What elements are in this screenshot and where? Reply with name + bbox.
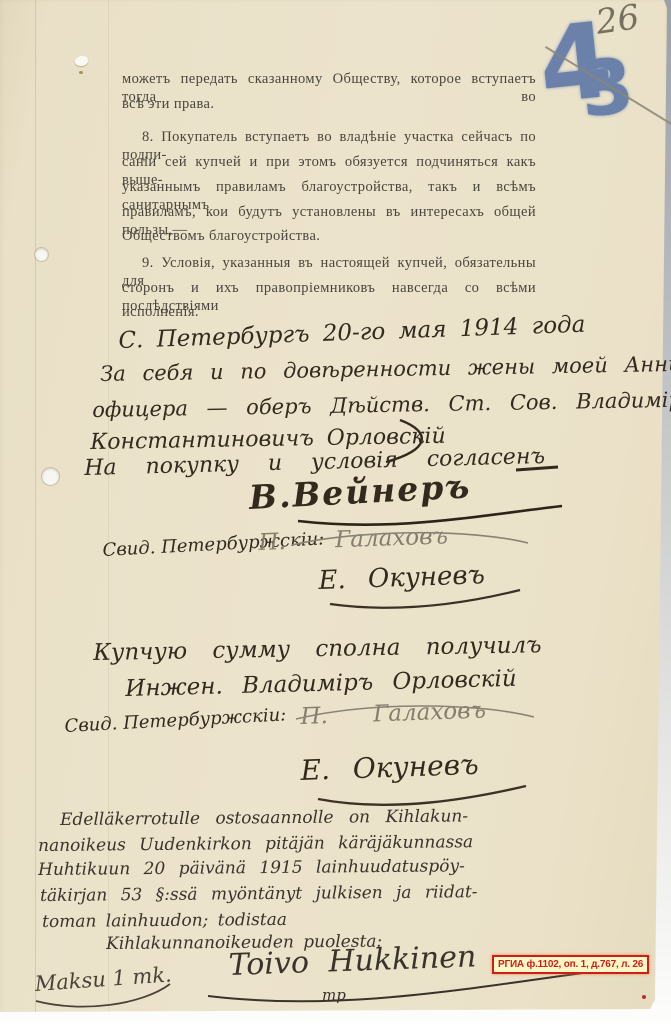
archive-stamp: РГИА ф.1102, оп. 1, д.767, л. 26 bbox=[492, 955, 649, 974]
witness-signature: Е. Окуневъ bbox=[300, 748, 479, 787]
printed-line: всѣ эти права. bbox=[122, 95, 536, 113]
punch-hole bbox=[42, 468, 59, 485]
finnish-line: nanoikeus Uudenkirkon pitäjän käräjäkunn… bbox=[38, 832, 473, 856]
finnish-line: toman lainhuudon; todistaa bbox=[42, 910, 287, 932]
finnish-line: Huhtikuun 20 päivänä 1915 lainhuudatuspö… bbox=[38, 856, 465, 880]
paper-speck bbox=[79, 71, 83, 74]
paper-crease bbox=[35, 0, 36, 1012]
witness-signature: Е. Окуневъ bbox=[318, 560, 485, 596]
red-dot-mark bbox=[642, 995, 646, 999]
signature-paraph: mp bbox=[322, 986, 346, 1004]
finnish-line: Edelläkerrotulle ostosaannolle on Kihlak… bbox=[60, 806, 468, 830]
scanned-page: можетъ передать сказанному Обществу, кот… bbox=[0, 0, 671, 1024]
punch-hole bbox=[35, 248, 48, 261]
crossed-out-number: 43 bbox=[534, 6, 637, 133]
finnish-line: täkirjan 53 §:ssä myöntänyt julkisen ja … bbox=[40, 882, 478, 906]
crossed-number-digit: 3 bbox=[577, 47, 638, 128]
printed-line: Обществомъ благоустройства. bbox=[122, 227, 536, 245]
paper-tear bbox=[75, 56, 88, 66]
